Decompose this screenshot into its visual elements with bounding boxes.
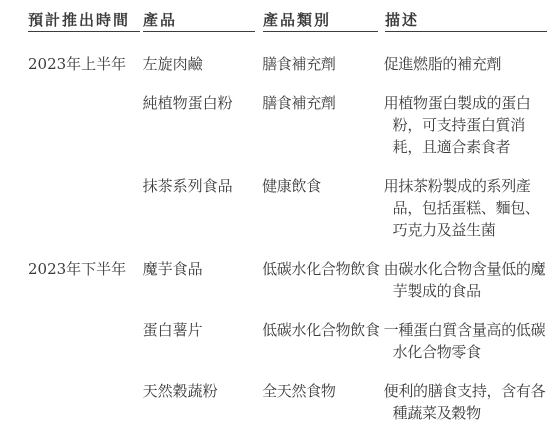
description-cell: 促進燃脂的補充劑 xyxy=(384,53,554,75)
column-header-description-label: 描述 xyxy=(385,11,419,29)
launch-period-cell: 2023年上半年 xyxy=(28,53,143,75)
category-cell: 低碳水化合物飲食 xyxy=(262,258,384,280)
category-cell: 膳食補充劑 xyxy=(262,53,384,75)
column-header-description: 描述 xyxy=(385,9,547,32)
table-row: 蛋白薯片 低碳水化合物飲食 一種蛋白質含量高的低碳 水化合物零食 xyxy=(28,319,554,363)
table-row: 2023年下半年 魔芋食品 低碳水化合物飲食 由碳水化合物含量低的魔 芋製成的食… xyxy=(28,258,554,302)
table-row: 天然穀蔬粉 全天然食物 便利的膳食支持，含有各 種蔬菜及穀物 xyxy=(28,380,554,424)
column-header-category-label: 產品類別 xyxy=(263,11,331,29)
header-underline: 描述 xyxy=(385,9,547,32)
description-cell: 用植物蛋白製成的蛋白 粉，可支持蛋白質消 耗，且適合素食者 xyxy=(384,92,554,158)
category-cell: 健康飲食 xyxy=(262,175,384,197)
description-cell: 一種蛋白質含量高的低碳 水化合物零食 xyxy=(384,319,554,363)
description-cell: 便利的膳食支持，含有各 種蔬菜及穀物 xyxy=(384,380,554,424)
table-row: 抹茶系列食品 健康飲食 用抹茶粉製成的系列產 品，包括蛋糕、麵包、 巧克力及益生… xyxy=(28,175,554,241)
header-underline: 產品 xyxy=(143,9,255,32)
description-cell: 由碳水化合物含量低的魔 芋製成的食品 xyxy=(384,258,554,302)
table-row: 純植物蛋白粉 膳食補充劑 用植物蛋白製成的蛋白 粉，可支持蛋白質消 耗，且適合素… xyxy=(28,92,554,158)
category-cell: 低碳水化合物飲食 xyxy=(262,319,384,341)
product-cell: 天然穀蔬粉 xyxy=(143,380,263,402)
launch-period-cell: 2023年下半年 xyxy=(28,258,143,280)
column-header-product-label: 產品 xyxy=(143,11,177,29)
table-row: 2023年上半年 左旋肉鹼 膳食補充劑 促進燃脂的補充劑 xyxy=(28,53,554,75)
column-header-category: 產品類別 xyxy=(263,9,385,32)
category-cell: 全天然食物 xyxy=(262,380,384,402)
product-cell: 純植物蛋白粉 xyxy=(143,92,263,114)
product-cell: 抹茶系列食品 xyxy=(143,175,263,197)
category-cell: 膳食補充劑 xyxy=(262,92,384,114)
product-cell: 魔芋食品 xyxy=(143,258,263,280)
column-header-launch-time-label: 預計推出時間 xyxy=(28,11,130,29)
product-cell: 左旋肉鹼 xyxy=(143,53,263,75)
product-cell: 蛋白薯片 xyxy=(143,319,263,341)
column-header-launch-time: 預計推出時間 xyxy=(28,9,143,32)
description-cell: 用抹茶粉製成的系列產 品，包括蛋糕、麵包、 巧克力及益生菌 xyxy=(384,175,554,241)
header-underline: 預計推出時間 xyxy=(28,9,140,32)
table-header-row: 預計推出時間 產品 產品類別 描述 xyxy=(28,9,554,32)
header-underline: 產品類別 xyxy=(263,9,378,32)
product-launch-schedule-table: 預計推出時間 產品 產品類別 描述 2023年上半年 左旋肉鹼 膳食補充劑 促進… xyxy=(0,0,554,439)
column-header-product: 產品 xyxy=(143,9,263,32)
